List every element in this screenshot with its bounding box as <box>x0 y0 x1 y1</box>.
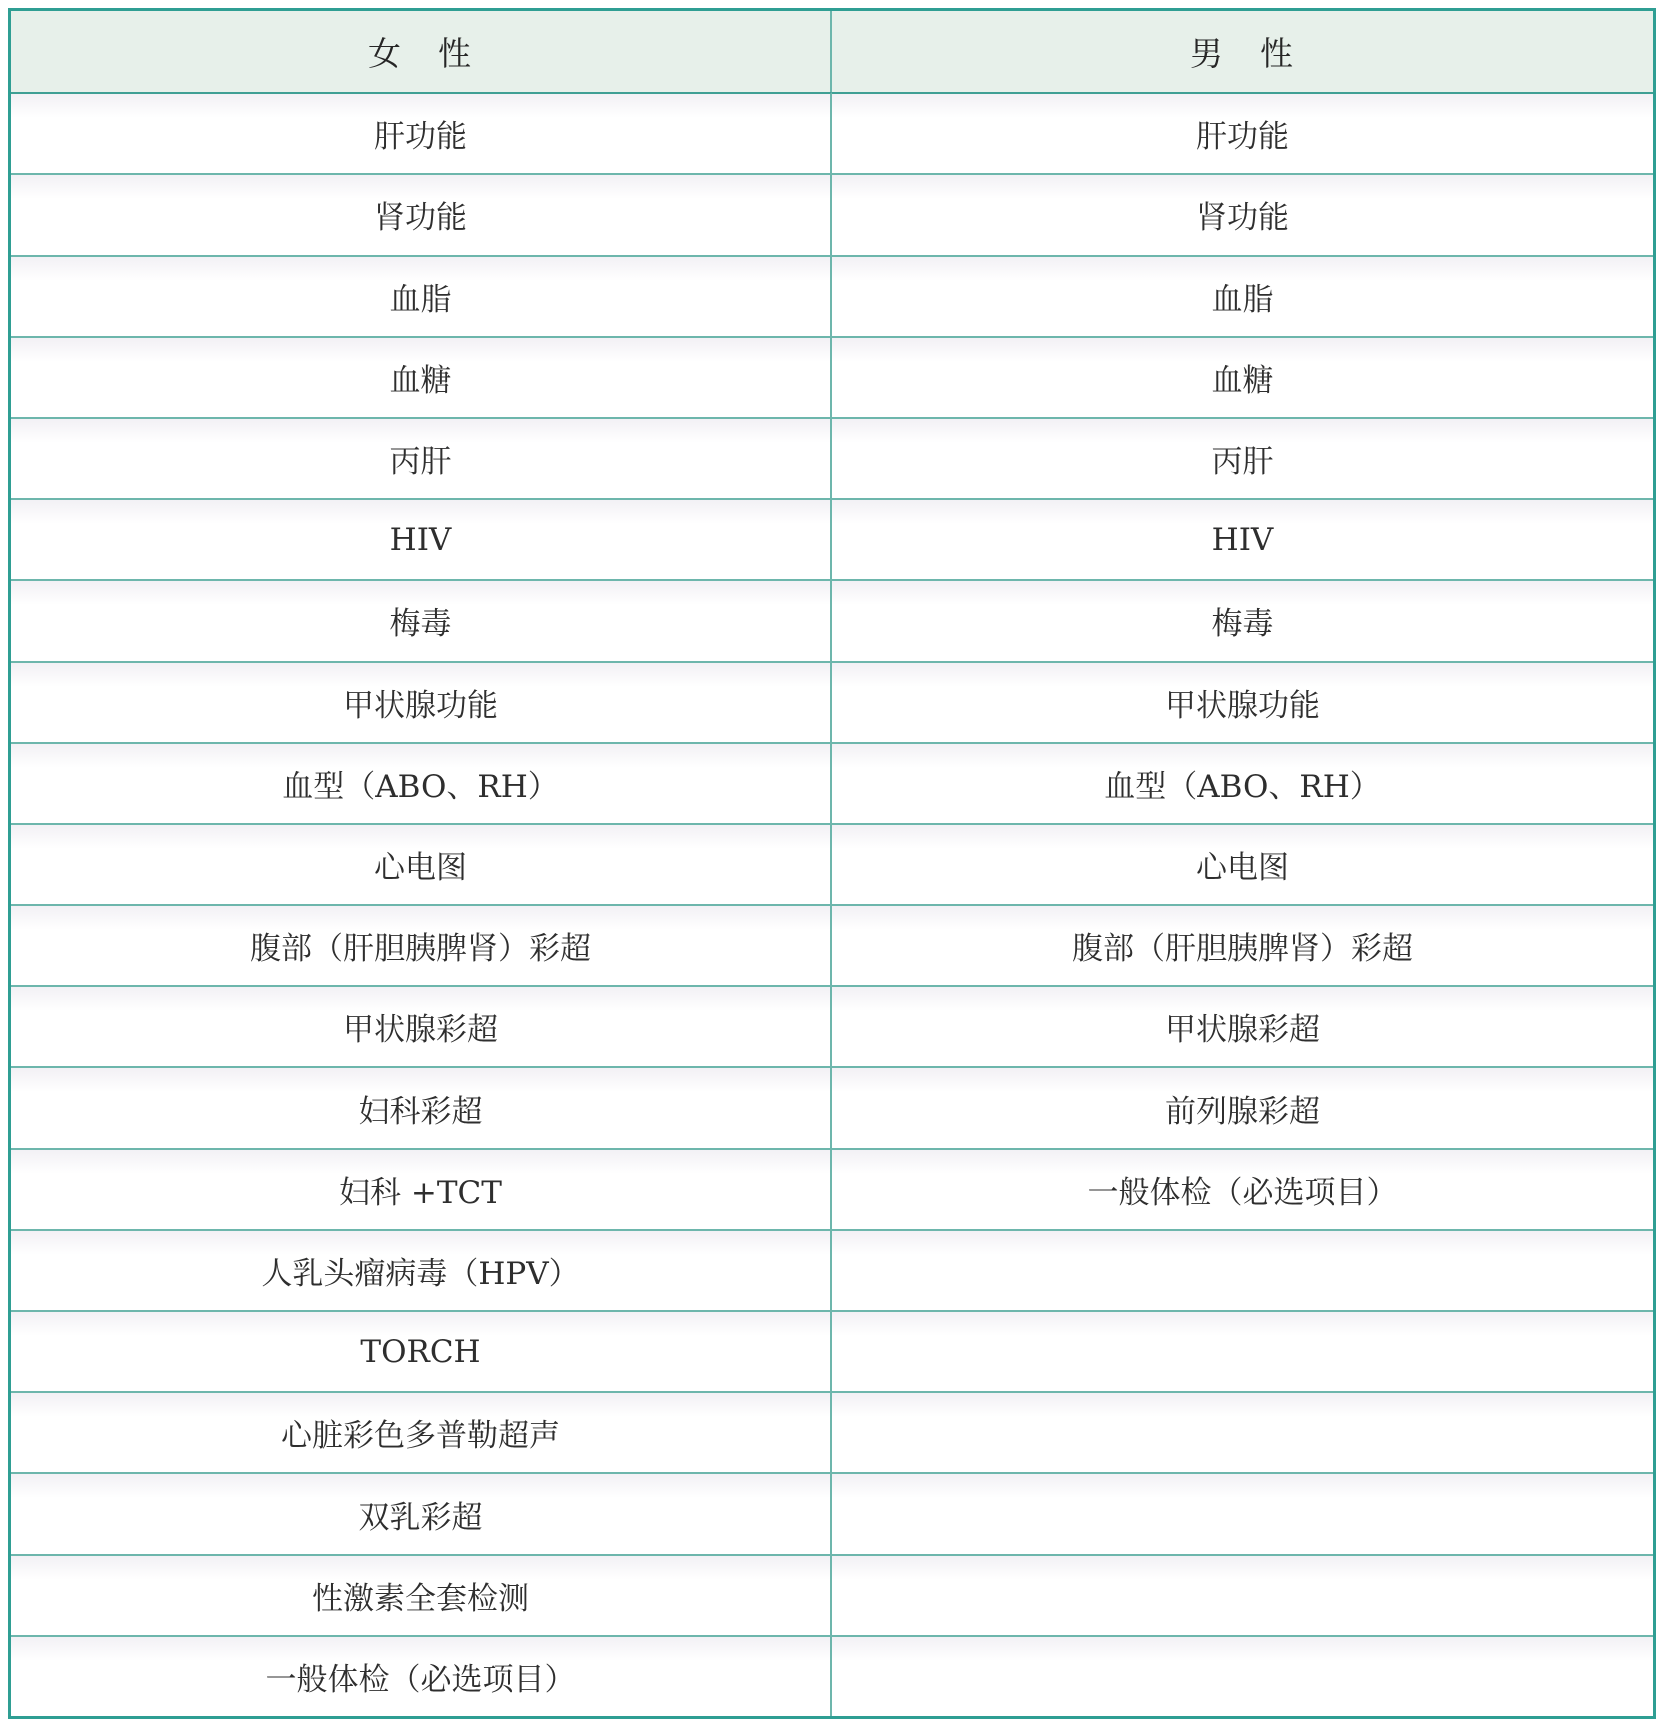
page: 女 性 男 性 肝功能 肝功能 肾功能 肾功能 血脂 血脂 血糖 血糖 丙肝 丙… <box>0 0 1664 1727</box>
male-item-cell: 丙肝 <box>832 417 1653 498</box>
female-item-cell: 甲状腺彩超 <box>11 985 832 1066</box>
female-item-cell: 妇科 +TCT <box>11 1148 832 1229</box>
male-item-cell: 甲状腺功能 <box>832 661 1653 742</box>
column-header-female: 女 性 <box>11 11 832 92</box>
female-item-cell: 肾功能 <box>11 173 832 254</box>
male-item-cell: HIV <box>832 498 1653 579</box>
female-item-cell: 心脏彩色多普勒超声 <box>11 1391 832 1472</box>
female-item-cell: TORCH <box>11 1310 832 1391</box>
male-item-cell-empty <box>832 1310 1653 1391</box>
male-item-cell: 血糖 <box>832 336 1653 417</box>
male-item-cell: 前列腺彩超 <box>832 1066 1653 1147</box>
male-item-cell: 血脂 <box>832 255 1653 336</box>
checkup-items-table: 女 性 男 性 肝功能 肝功能 肾功能 肾功能 血脂 血脂 血糖 血糖 丙肝 丙… <box>8 8 1656 1719</box>
female-item-cell: 一般体检（必选项目） <box>11 1635 832 1716</box>
male-item-cell: 血型（ABO、RH） <box>832 742 1653 823</box>
male-item-cell: 腹部（肝胆胰脾肾）彩超 <box>832 904 1653 985</box>
column-header-male: 男 性 <box>832 11 1653 92</box>
female-item-cell: HIV <box>11 498 832 579</box>
female-item-cell: 心电图 <box>11 823 832 904</box>
female-item-cell: 甲状腺功能 <box>11 661 832 742</box>
male-item-cell: 肾功能 <box>832 173 1653 254</box>
female-item-cell: 腹部（肝胆胰脾肾）彩超 <box>11 904 832 985</box>
female-item-cell: 肝功能 <box>11 92 832 173</box>
female-item-cell: 性激素全套检测 <box>11 1554 832 1635</box>
male-item-cell-empty <box>832 1229 1653 1310</box>
male-item-cell: 甲状腺彩超 <box>832 985 1653 1066</box>
male-item-cell: 一般体检（必选项目） <box>832 1148 1653 1229</box>
female-item-cell: 血糖 <box>11 336 832 417</box>
male-item-cell-empty <box>832 1391 1653 1472</box>
male-item-cell-empty <box>832 1635 1653 1716</box>
female-item-cell: 人乳头瘤病毒（HPV） <box>11 1229 832 1310</box>
male-item-cell-empty <box>832 1554 1653 1635</box>
male-item-cell: 心电图 <box>832 823 1653 904</box>
female-item-cell: 妇科彩超 <box>11 1066 832 1147</box>
female-item-cell: 双乳彩超 <box>11 1472 832 1553</box>
male-item-cell: 肝功能 <box>832 92 1653 173</box>
male-item-cell: 梅毒 <box>832 579 1653 660</box>
female-item-cell: 丙肝 <box>11 417 832 498</box>
female-item-cell: 血型（ABO、RH） <box>11 742 832 823</box>
female-item-cell: 血脂 <box>11 255 832 336</box>
male-item-cell-empty <box>832 1472 1653 1553</box>
female-item-cell: 梅毒 <box>11 579 832 660</box>
